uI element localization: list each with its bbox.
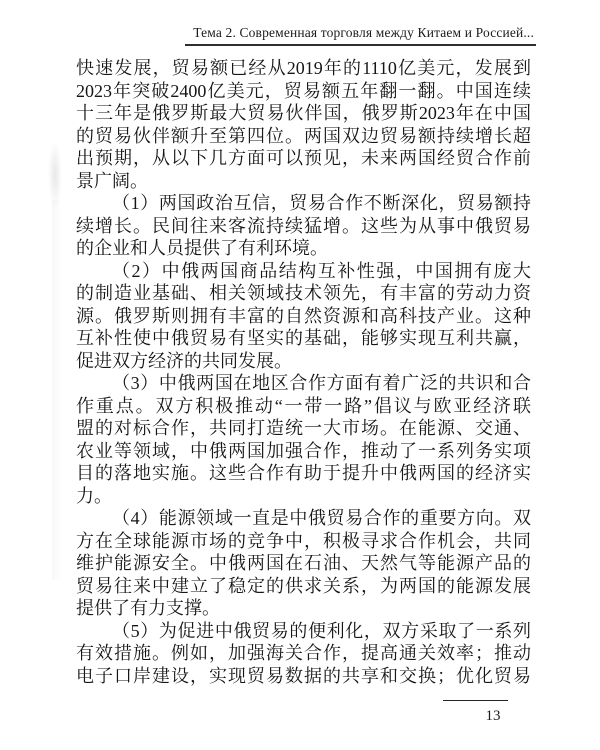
text-line: （1）两国政治互信，贸易合作不断深化，贸易额持	[76, 192, 531, 215]
page-body: 快速发展，贸易额已经从2019年的1110亿美元，发展到2023年突破2400亿…	[76, 57, 531, 687]
scan-artifact	[52, 200, 62, 580]
text-line: 力。	[76, 485, 531, 508]
paragraph: 快速发展，贸易额已经从2019年的1110亿美元，发展到2023年突破2400亿…	[76, 57, 531, 192]
paragraph: （3）中俄两国在地区合作方面有着广泛的共识和合作重点。双方积极推动“一带一路”倡…	[76, 372, 531, 507]
text-line: 农业等领域，中俄两国加强合作，推动了一系列务实项	[76, 440, 531, 463]
text-line: （5）为促进中俄贸易的便利化，双方采取了一系列	[76, 620, 531, 643]
paragraph: （5）为促进中俄贸易的便利化，双方采取了一系列有效措施。例如，加强海关合作，提高…	[76, 620, 531, 688]
text-line: 目的落地实施。这些合作有助于提升中俄两国的经济实	[76, 462, 531, 485]
text-line: 续增长。民间往来客流持续猛增。这些为从事中俄贸易	[76, 215, 531, 238]
text-line: 十三年是俄罗斯最大贸易伙伴国，俄罗斯2023年在中国	[76, 102, 531, 125]
text-line: （4）能源领域一直是中俄贸易合作的重要方向。双	[76, 507, 531, 530]
text-line: 的制造业基础、相关领域技术领先，有丰富的劳动力资	[76, 282, 531, 305]
text-line: 盟的对标合作，共同打造统一大市场。在能源、交通、	[76, 417, 531, 440]
text-line: 出预期，从以下几方面可以预见，未来两国经贸合作前	[76, 147, 531, 170]
text-line: 电子口岸建设，实现贸易数据的共享和交换；优化贸易	[76, 665, 531, 688]
running-header-title: Тема 2. Современная торговля между Китае…	[193, 25, 534, 41]
text-line: 景广阔。	[76, 170, 531, 193]
paragraph: （4）能源领域一直是中俄贸易合作的重要方向。双方在全球能源市场的竞争中，积极寻求…	[76, 507, 531, 620]
text-line: 有效措施。例如，加强海关合作，提高通关效率；推动	[76, 642, 531, 665]
text-line: 方在全球能源市场的竞争中，积极寻求合作机会，共同	[76, 530, 531, 553]
text-line: 互补性使中俄贸易有坚实的基础，能够实现互利共赢，	[76, 327, 531, 350]
text-line: 的企业和人员提供了有利环境。	[76, 237, 531, 260]
text-line: 促进双方经济的共同发展。	[76, 350, 531, 373]
text-line: 2023年突破2400亿美元，贸易额五年翻一翻。中国连续	[76, 80, 531, 103]
paragraph: （1）两国政治互信，贸易合作不断深化，贸易额持续增长。民间往来客流持续猛增。这些…	[76, 192, 531, 260]
text-line: 提供了有力支撑。	[76, 597, 531, 620]
scan-artifact	[48, 140, 62, 210]
text-line: （3）中俄两国在地区合作方面有着广泛的共识和合	[76, 372, 531, 395]
text-line: 源。俄罗斯则拥有丰富的自然资源和高科技产业。这种	[76, 305, 531, 328]
paragraph: （2）中俄两国商品结构互补性强，中国拥有庞大的制造业基础、相关领域技术领先，有丰…	[76, 260, 531, 373]
text-line: 贸易往来中建立了稳定的供求关系，为两国的能源发展	[76, 575, 531, 598]
page-number: 13	[463, 708, 523, 725]
text-line: 作重点。双方积极推动“一带一路”倡议与欧亚经济联	[76, 395, 531, 418]
book-page: Тема 2. Современная торговля между Китае…	[0, 0, 600, 750]
text-line: 维护能源安全。中俄两国在石油、天然气等能源产品的	[76, 552, 531, 575]
text-line: 的贸易伙伴额升至第四位。两国双边贸易额持续增长超	[76, 125, 531, 148]
text-line: （2）中俄两国商品结构互补性强，中国拥有庞大	[76, 260, 531, 283]
header-rule	[185, 44, 536, 46]
footnote-rule	[443, 700, 508, 701]
text-line: 快速发展，贸易额已经从2019年的1110亿美元，发展到	[76, 57, 531, 80]
